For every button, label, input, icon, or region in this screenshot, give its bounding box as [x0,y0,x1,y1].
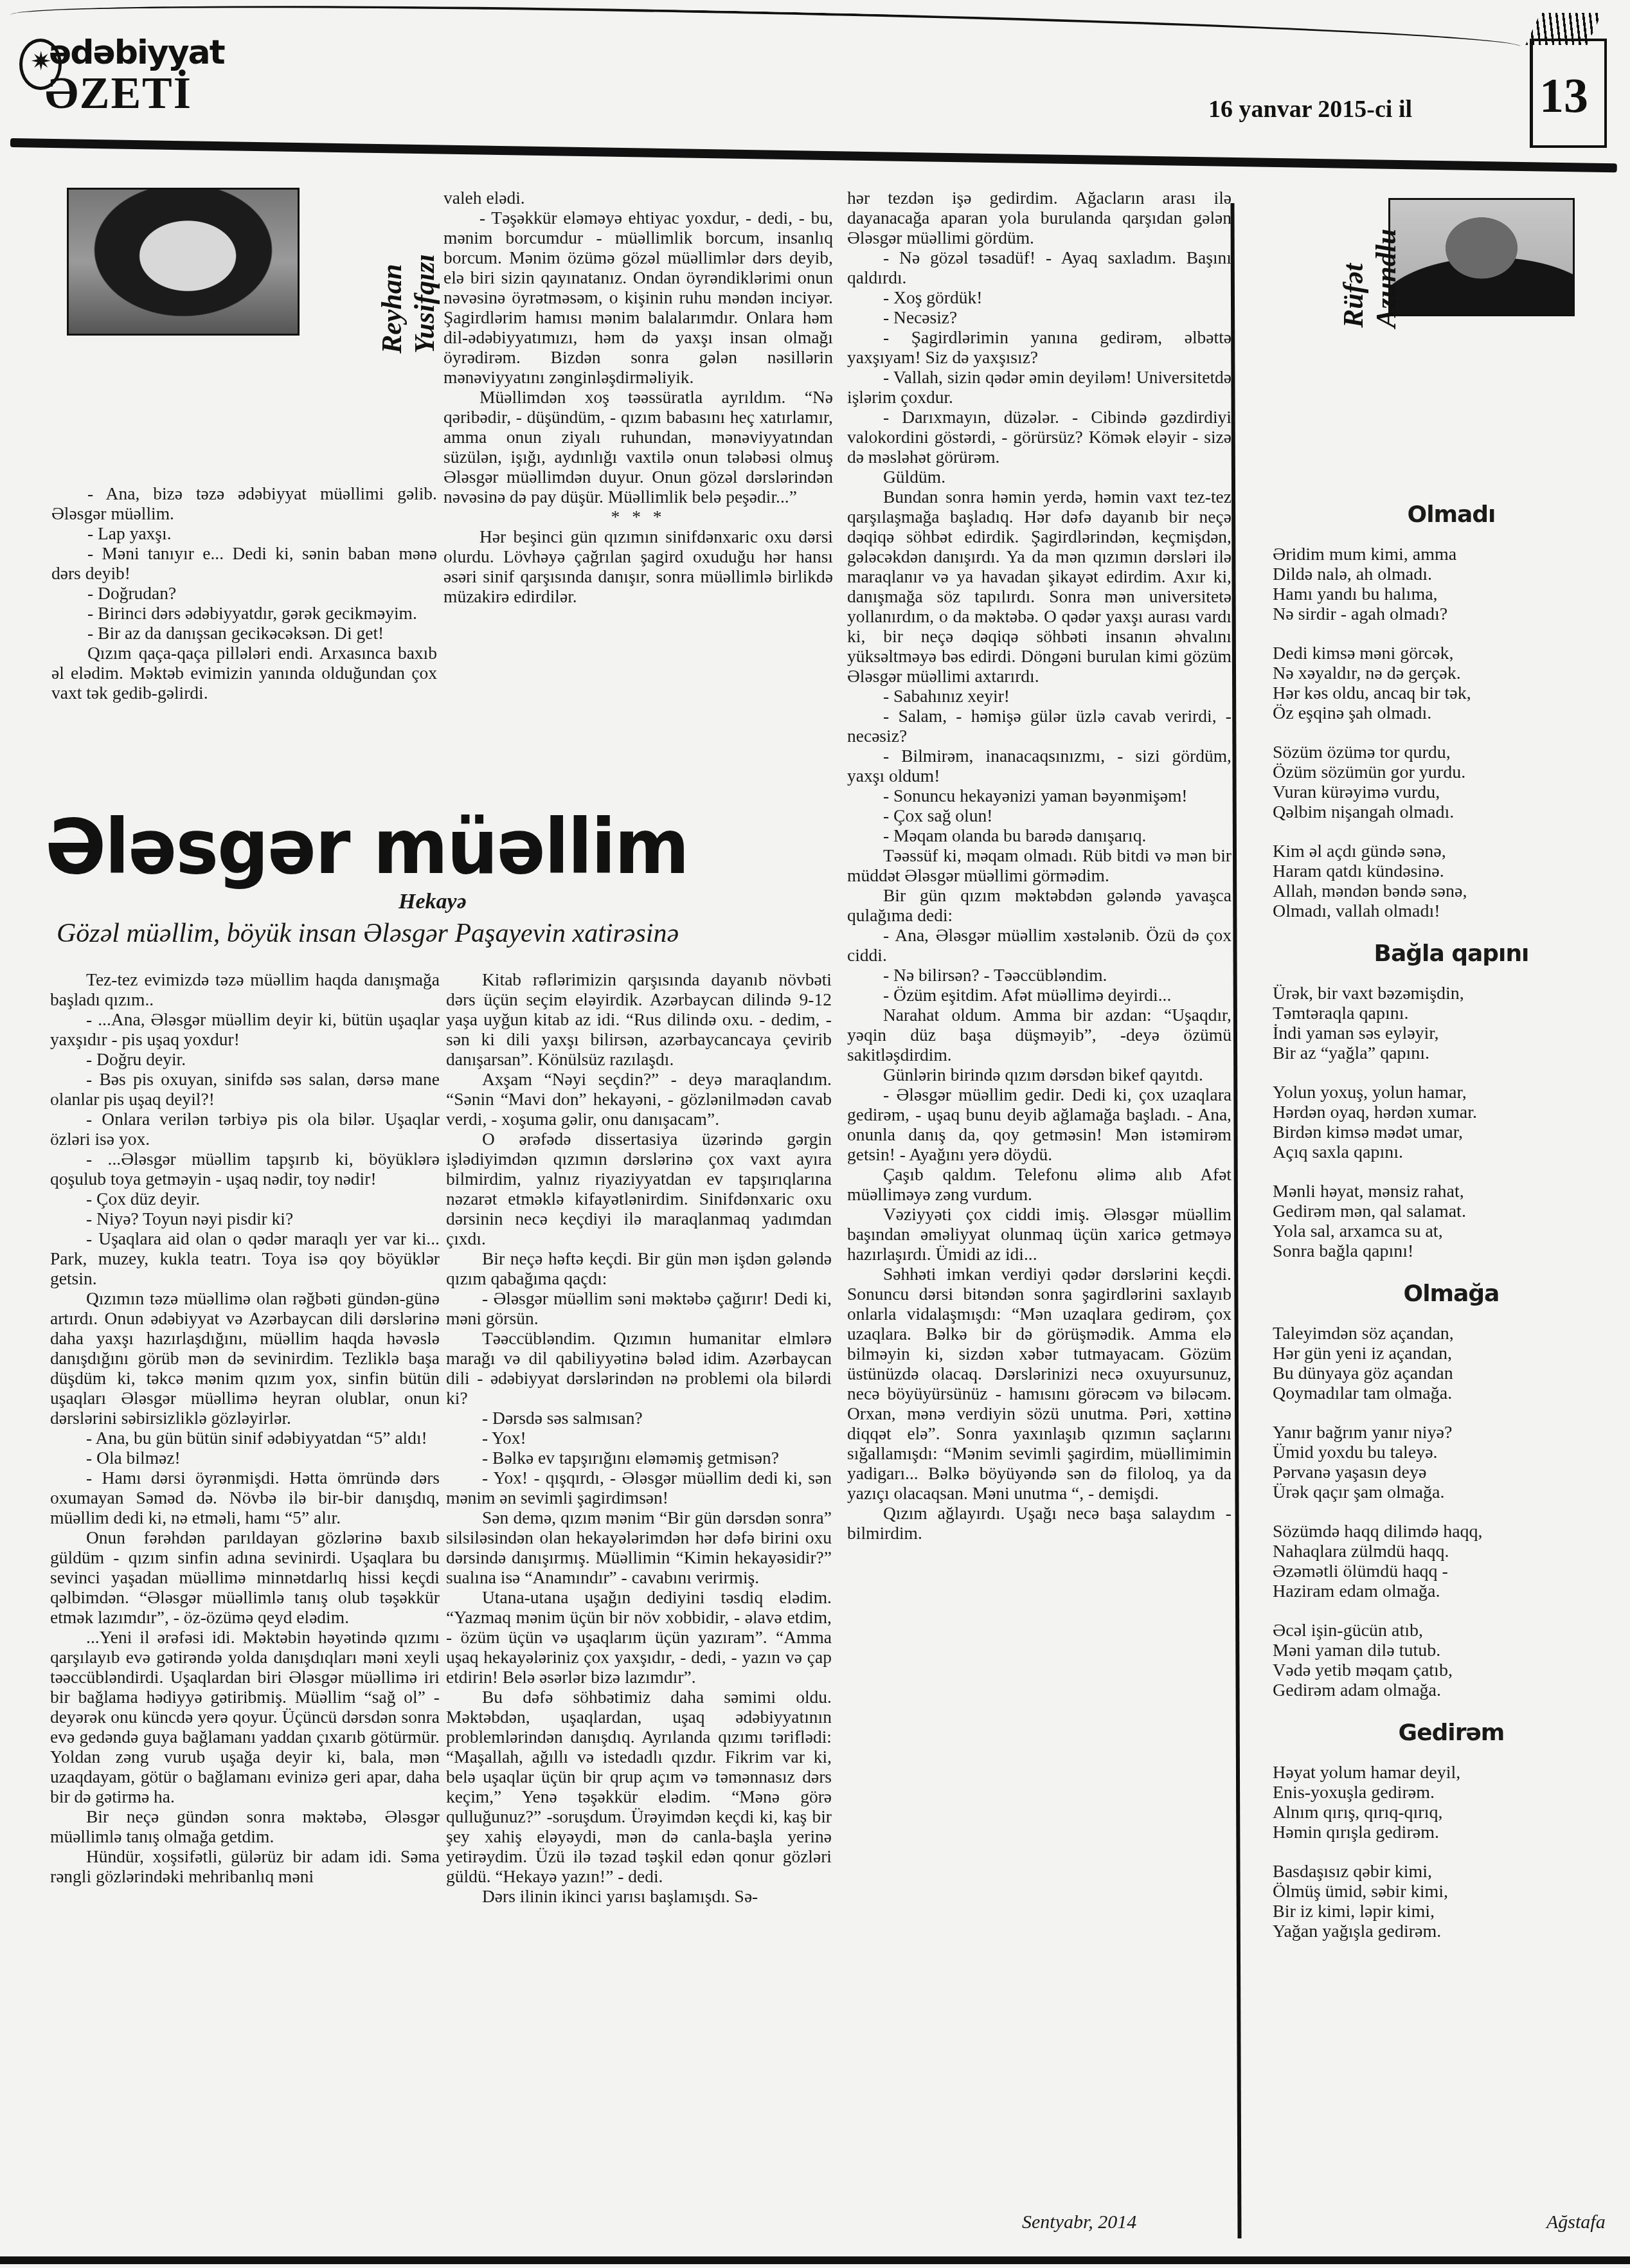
verse-line: Qəlbim nişangah olmadı. [1273,802,1612,822]
paragraph: Təəssüf ki, məqam olmadı. Rüb bitdi və m… [847,845,1231,885]
masthead-bottom-rule [10,138,1617,172]
paragraph: Dərs ilinin ikinci yarısı başlamışdı. Sə… [446,1886,832,1906]
verse-line: Mənli həyat, mənsiz rahat, [1273,1182,1612,1201]
verse-line: Vuran kürəyimə vurdu, [1273,782,1612,802]
paragraph: - ...Ana, Ələsgər müəllim deyir ki, bütü… [50,1009,440,1049]
paragraph: Bu dəfə söhbətimiz daha səmimi oldu. Mək… [446,1687,832,1886]
paragraph: Qızım ağlayırdı. Uşağı necə başa salaydı… [847,1503,1231,1543]
paragraph: - Sabahınız xeyir! [847,686,1231,706]
verse-line: Bir iz kimi, ləpir kimi, [1273,1902,1612,1922]
paragraph: - Hamı dərsi öyrənmişdi. Hətta ömründə d… [50,1468,440,1527]
verse-line: Gedirəm adam olmağa. [1273,1680,1612,1700]
verse-line: Öz eşqinə şah olmadı. [1273,703,1612,723]
verse-line: Əridim mum kimi, amma [1273,544,1612,564]
paragraph: Qızım qaça-qaça pillələri endi. Arxasınc… [51,643,437,703]
paragraph: Səhhəti imkan verdiyi qədər dərslərini k… [847,1264,1231,1503]
verse-line: Yolun yoxuş, yolun hamar, [1273,1083,1612,1102]
footer-rule [0,2256,1630,2264]
paragraph: Bir neçə həftə keçdi. Bir gün mən işdən … [446,1248,832,1288]
verse-line: Sözüm özümə tor qurdu, [1273,742,1612,762]
paragraph: ...Yeni il ərəfəsi idi. Məktəbin həyətin… [50,1627,440,1806]
paragraph: Tez-tez evimizdə təzə müəllim haqda danı… [50,969,440,1009]
paragraph: Hər beşinci gün qızımın sinifdənxaric ox… [443,526,833,606]
verse-line: Pərvanə yaşasın deyə [1273,1462,1612,1482]
paragraph: Bir neçə gündən sonra məktəbə, Ələsgər m… [50,1806,440,1846]
stanza: Yanır bağrım yanır niyə? Ümid yoxdu bu t… [1265,1423,1612,1502]
paragraph: - Ana, bu gün bütün sinif ədəbiyyatdan “… [50,1428,440,1448]
verse-line: Qoymadılar tam olmağa. [1273,1383,1612,1403]
verse-line: Taleyimdən söz açandan, [1273,1324,1612,1344]
poem-olmadi: Olmadı Əridim mum kimi, amma Dildə nalə,… [1265,501,1612,921]
story-dedication: Gözəl müəllim, böyük insan Ələsgər Paşay… [57,918,679,949]
stanza: Dedi kimsə məni görcək, Nə xəyaldır, nə … [1265,643,1612,723]
paragraph: - Xoş gördük! [847,287,1231,307]
poem-title: Olmadı [1265,501,1612,528]
poems-column: Olmadı Əridim mum kimi, amma Dildə nalə,… [1265,501,1612,1961]
poem-olmaga: Olmağa Taleyimdən söz açandan, Hər gün y… [1265,1281,1612,1700]
logo-word-top: ədəbiyyat [49,33,224,72]
paragraph: - Lap yaxşı. [51,523,437,543]
paragraph: - Bilmirəm, inanacaqsınızmı, - sizi görd… [847,746,1231,786]
paragraph: - Çox düz deyir. [50,1189,440,1209]
stanza: Taleyimdən söz açandan, Hər gün yeni iz … [1265,1324,1612,1403]
paragraph: - Birinci dərs ədəbiyyatdır, gərək gecik… [51,603,437,623]
poem-title: Gedirəm [1265,1720,1612,1746]
verse-line: Həyat yolum hamar deyil, [1273,1763,1612,1783]
paragraph: - Salam, - həmişə gülər üzlə cavab verir… [847,706,1231,746]
paragraph: - Doğru deyir. [50,1049,440,1069]
story-column-1-bottom: Tez-tez evimizdə təzə müəllim haqda danı… [50,969,440,1886]
paragraph: Kitab rəflərimizin qarşısında dayanıb nö… [446,969,832,1069]
paragraph: - Doğrudan? [51,583,437,603]
paragraph: valeh elədi. [443,188,833,208]
logo-word-bottom: ƏZETİ [45,68,192,120]
verse-line: Həmin qırışla gedirəm. [1273,1823,1612,1842]
story-date: Sentyabr, 2014 [1022,2211,1136,2233]
paragraph: - Onlara verilən tərbiyə pis ola bilər. … [50,1109,440,1149]
paragraph: - Ola bilməz! [50,1448,440,1468]
paragraph: - Ana, bizə təzə ədəbiyyat müəllimi gəli… [51,483,437,523]
stanza: Mənli həyat, mənsiz rahat, Gedirəm mən, … [1265,1182,1612,1261]
verse-line: Enis-yoxuşla gedirəm. [1273,1783,1612,1803]
verse-line: Dildə nalə, ah olmadı. [1273,564,1612,584]
poem-gedirem: Gedirəm Həyat yolum hamar deyil, Enis-yo… [1265,1720,1612,1941]
issue-date: 16 yanvar 2015-ci il [1208,95,1412,123]
verse-line: Olmadı, vallah olmadı! [1273,901,1612,921]
stanza: Basdaşısız qəbir kimi, Ölmüş ümid, səbir… [1265,1862,1612,1941]
verse-line: Haziram edam olmağa. [1273,1581,1612,1601]
paragraph: O ərəfədə dissertasiya üzərində gərgin i… [446,1129,832,1248]
poem-title: Olmağa [1265,1281,1612,1307]
masthead-top-rule [10,0,1521,64]
paragraph: hər tezdən işə gedirdim. Ağacların arası… [847,188,1231,248]
author-photo-reyhan [67,188,300,336]
stanza: Ürək, bir vaxt bəzəmişdin, Təmtəraqla qa… [1265,984,1612,1063]
paragraph: - Vallah, sizin qədər əmin deyiləm! Univ… [847,367,1231,407]
story-genre: Hekayə [399,890,467,914]
poem-title: Bağla qapını [1265,941,1612,967]
paragraph: Utana-utana uşağın dediyini təsdiq elədi… [446,1587,832,1687]
paragraph: - Bəlkə ev tapşırığını eləməmiş getmisən… [446,1448,832,1468]
section-break: * * * [443,507,833,526]
paragraph: - Uşaqlara aid olan o qədər maraqlı yer … [50,1228,440,1288]
verse-line: Ürək qaçır şam olmağa. [1273,1482,1612,1502]
story-column-3: hər tezdən işə gedirdim. Ağacların arası… [847,188,1231,1543]
stanza: Sözüm özümə tor qurdu, Özüm sözümün gor … [1265,742,1612,822]
paragraph: Narahat oldum. Amma bir azdan: “Uşaqdır,… [847,1005,1231,1065]
stanza: Kim əl açdı gündə sənə, Haram qatdı künd… [1265,842,1612,921]
verse-line: Məni yaman dilə tutub. [1273,1641,1612,1661]
paragraph: Sən demə, qızım mənim “Bir gün dərsdən s… [446,1507,832,1587]
verse-line: Birdən kimsə mədət umar, [1273,1122,1612,1142]
paragraph: Onun fərəhdən parıldayan gözlərinə baxıb… [50,1527,440,1627]
masthead: ədəbiyyat ƏZETİ 16 yanvar 2015-ci il 13 [0,0,1630,167]
verse-line: Yanır bağrım yanır niyə? [1273,1423,1612,1443]
paragraph: Təəccübləndim. Qızımın humanitar elmlərə… [446,1328,832,1408]
verse-line: Hər gün yeni iz açandan, [1273,1344,1612,1363]
paragraph: - Bir az da danışsan gecikəcəksən. Di ge… [51,623,437,643]
paragraph: - Bəs pis oxuyan, sinifdə səs salan, dər… [50,1069,440,1109]
paragraph: Bir gün qızım məktəbdən gələndə yavaşca … [847,885,1231,925]
verse-line: Dedi kimsə məni görcək, [1273,643,1612,663]
paragraph: - Nə gözəl təsadüf! - Ayaq saxladım. Baş… [847,248,1231,287]
poems-author-name: Rüfət Azundlu [1337,199,1402,328]
verse-line: Açıq saxla qapını. [1273,1142,1612,1162]
verse-line: Nahaqlara zülmdü haqq. [1273,1542,1612,1562]
paragraph: Hündür, xoşsifətli, gülərüz bir adam idi… [50,1846,440,1886]
stanza: Həyat yolum hamar deyil, Enis-yoxuşla ge… [1265,1763,1612,1842]
stanza: Əridim mum kimi, amma Dildə nalə, ah olm… [1265,544,1612,624]
paragraph: - Yox! - qışqırdı, - Ələsgər müəllim ded… [446,1468,832,1507]
verse-line: Hər kəs oldu, ancaq bir tək, [1273,683,1612,703]
paragraph: - Ələsgər müəllim səni məktəbə çağırır! … [446,1288,832,1328]
verse-line: Yağan yağışla gedirəm. [1273,1922,1612,1941]
verse-line: Kim əl açdı gündə sənə, [1273,842,1612,861]
verse-line: Bu dünyaya göz açandan [1273,1363,1612,1383]
verse-line: Hamı yandı bu halıma, [1273,584,1612,604]
verse-line: Allah, məndən bəndə sənə, [1273,881,1612,901]
verse-line: Yola sal, arxamca su at, [1273,1221,1612,1241]
verse-line: Ölmüş ümid, səbir kimi, [1273,1882,1612,1902]
paragraph: Güldüm. [847,467,1231,487]
paragraph: - Ələsgər müəllim gedir. Dedi ki, çox uz… [847,1084,1231,1164]
verse-line: Ümid yoxdu bu taleyə. [1273,1443,1612,1462]
page-number-book-icon: 13 [1530,39,1607,148]
verse-line: Sözümdə haqq dilimdə haqq, [1273,1522,1612,1542]
verse-line: Alnım qırış, qırıq-qırıq, [1273,1803,1612,1823]
paragraph: - Sonuncu hekayənizi yaman bəyənmişəm! [847,786,1231,806]
paragraph: - ...Ələsgər müəllim tapşırıb ki, böyükl… [50,1149,440,1189]
verse-line: Nə sirdir - agah olmadı? [1273,604,1612,624]
verse-line: Əzəmətli ölümdü haqq - [1273,1562,1612,1581]
paragraph: - Təşəkkür eləməyə ehtiyac yoxdur, - ded… [443,208,833,387]
author-photo-rufat [1388,198,1575,316]
paragraph: Bundan sonra həmin yerdə, həmin vaxt tez… [847,487,1231,686]
paragraph: - Necəsiz? [847,307,1231,327]
stanza: Yolun yoxuş, yolun hamar, Hərdən oyaq, h… [1265,1083,1612,1162]
column-divider [1230,203,1241,2238]
page-number: 13 [1539,68,1588,124]
paragraph: - Darıxmayın, düzələr. - Cibində gəzdird… [847,407,1231,467]
paragraph: Çaşıb qaldım. Telefonu əlimə alıb Afət m… [847,1164,1231,1204]
verse-line: Hərdən oyaq, hərdən xumar. [1273,1102,1612,1122]
verse-line: Basdaşısız qəbir kimi, [1273,1862,1612,1882]
verse-line: Nə xəyaldır, nə də gerçək. [1273,663,1612,683]
story-column-2-top: valeh elədi. - Təşəkkür eləməyə ehtiyac … [443,188,833,606]
story-column-2-bottom: Kitab rəflərimizin qarşısında dayanıb nö… [446,969,832,1906]
paragraph: Qızımın təzə müəllimə olan rəğbəti gündə… [50,1288,440,1428]
verse-line: Vədə yetib məqam çatıb, [1273,1661,1612,1680]
verse-line: Gedirəm mən, qal salamat. [1273,1201,1612,1221]
stanza: Sözümdə haqq dilimdə haqq, Nahaqlara zül… [1265,1522,1612,1601]
story-column-1-top: - Ana, bizə təzə ədəbiyyat müəllimi gəli… [51,483,437,703]
paragraph: - Şagirdlərimin yanına gedirəm, əlbəttə … [847,327,1231,367]
paragraph: - Məni tanıyır e... Dedi ki, sənin baban… [51,543,437,583]
verse-line: Bir az “yağla” qapını. [1273,1043,1612,1063]
paragraph: - Çox sağ olun! [847,806,1231,825]
story-title: Ələsgər müəllim [45,809,836,885]
paragraph: - Dərsdə səs salmısan? [446,1408,832,1428]
paragraph: - Yox! [446,1428,832,1448]
stanza: Əcəl işin-gücün atıb, Məni yaman dilə tu… [1265,1621,1612,1700]
story-author-name: Reyhan Yusifqızı [375,186,441,354]
paragraph: Müəllimdən xoş təəssüratla ayrıldım. “Nə… [443,387,833,507]
verse-line: Özüm sözümün gor yurdu. [1273,762,1612,782]
verse-line: Haram qatdı kündəsinə. [1273,861,1612,881]
verse-line: Ürək, bir vaxt bəzəmişdin, [1273,984,1612,1004]
poems-place: Ağstafa [1546,2211,1606,2233]
paragraph: - Məqam olanda bu barədə danışarıq. [847,825,1231,845]
paragraph: Günlərin birində qızım dərsdən bikef qay… [847,1065,1231,1084]
verse-line: İndi yaman səs eyləyir, [1273,1023,1612,1043]
poem-bagla-qapini: Bağla qapını Ürək, bir vaxt bəzəmişdin, … [1265,941,1612,1261]
paragraph: - Özüm eşitdim. Afət müəllimə deyirdi... [847,985,1231,1005]
newspaper-logo[interactable]: ədəbiyyat ƏZETİ [19,32,148,122]
paragraph: - Nə bilirsən? - Təəccübləndim. [847,965,1231,985]
verse-line: Təmtəraqla qapını. [1273,1004,1612,1023]
paragraph: Vəziyyəti çox ciddi imiş. Ələsgər müəlli… [847,1204,1231,1264]
paragraph: Axşam “Nəyi seçdin?” - deyə maraqlandım.… [446,1069,832,1129]
verse-line: Sonra bağla qapını! [1273,1241,1612,1261]
verse-line: Əcəl işin-gücün atıb, [1273,1621,1612,1641]
paragraph: - Niyə? Toyun nəyi pisdir ki? [50,1209,440,1228]
paragraph: - Ana, Ələsgər müəllim xəstələnib. Özü d… [847,925,1231,965]
